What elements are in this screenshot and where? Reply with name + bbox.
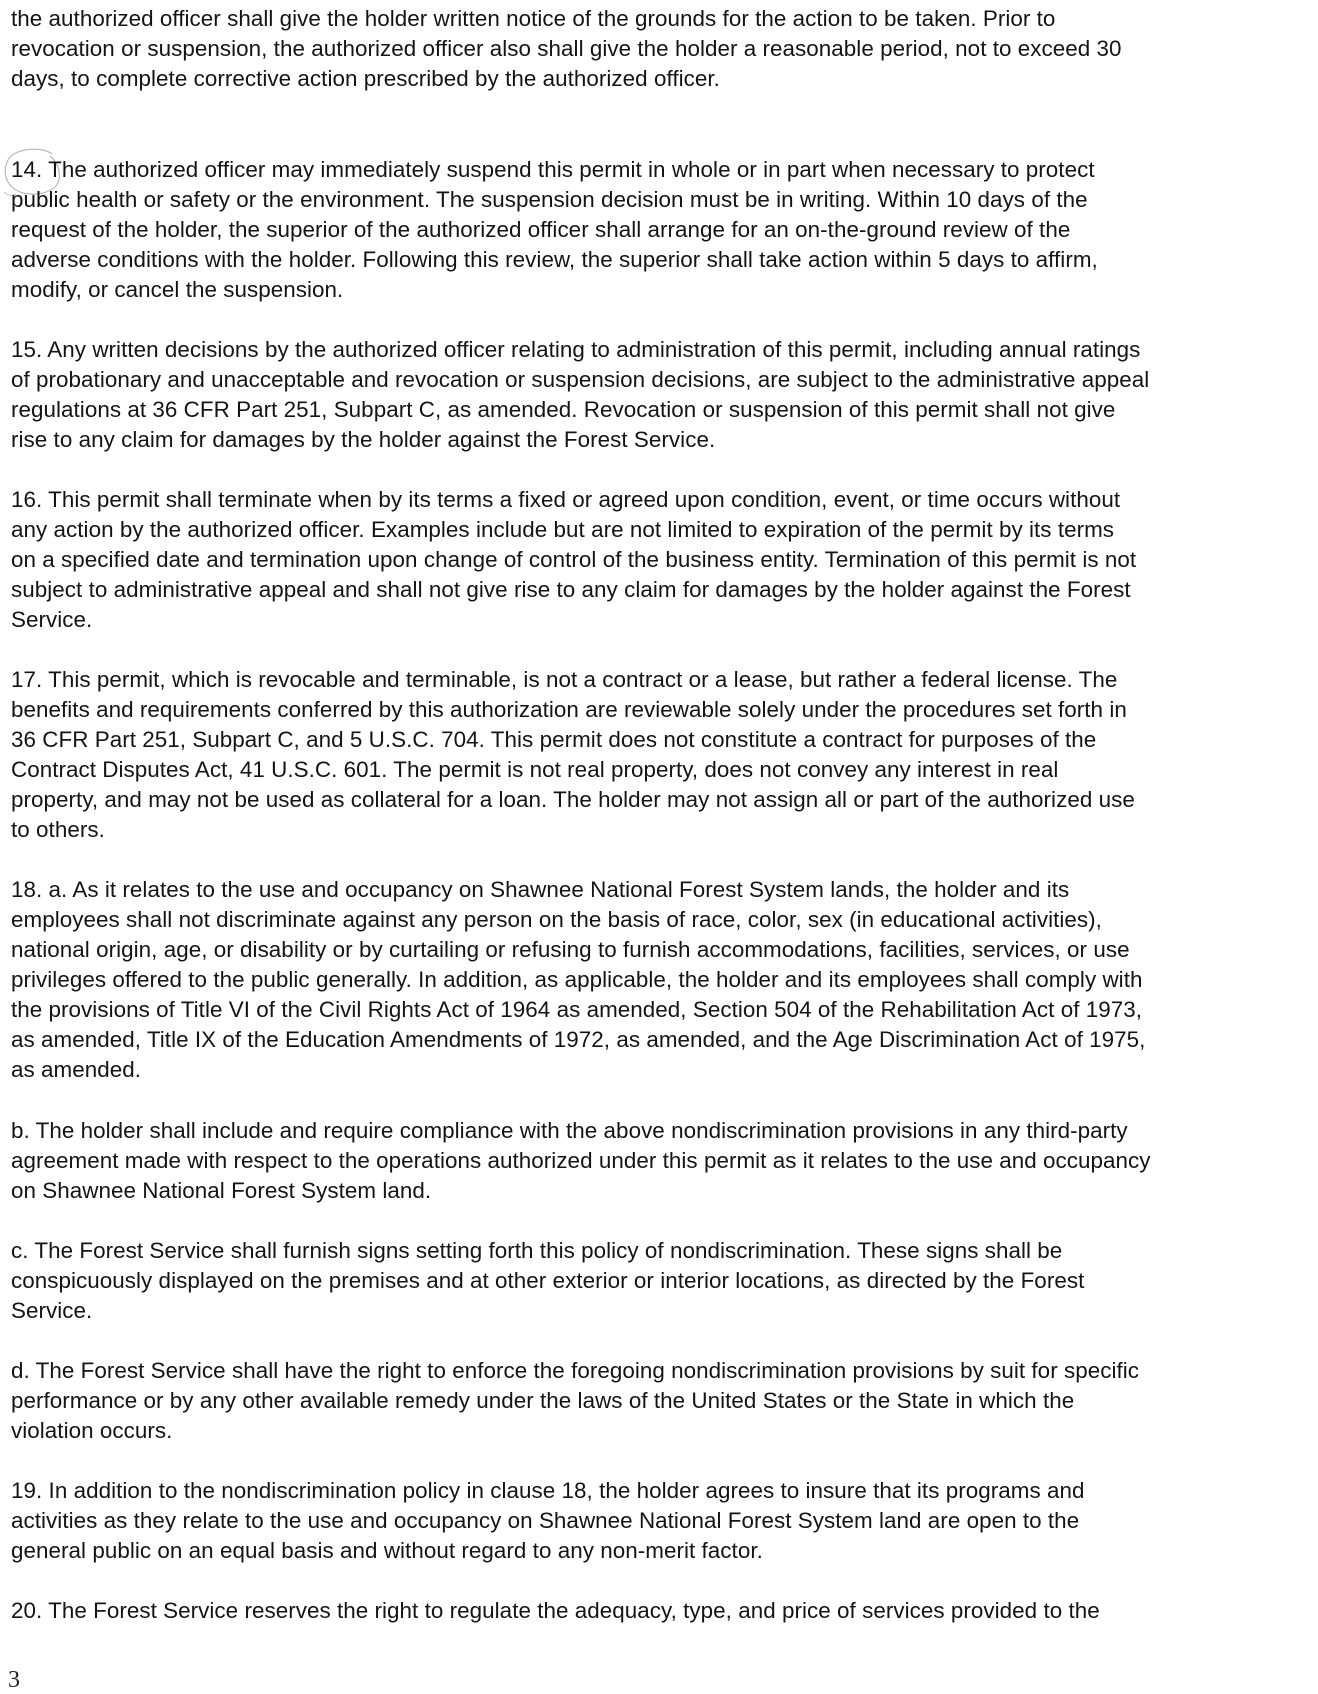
text-line: property, and may not be used as collate… (11, 785, 1318, 815)
text-line: b. The holder shall include and require … (11, 1116, 1318, 1146)
paragraph-18d: d. The Forest Service shall have the rig… (11, 1356, 1318, 1446)
text-line: the provisions of Title VI of the Civil … (11, 995, 1318, 1025)
text-line: on a specified date and termination upon… (11, 545, 1318, 575)
text-line: general public on an equal basis and wit… (11, 1536, 1318, 1566)
text-line: as amended, Title IX of the Education Am… (11, 1025, 1318, 1055)
text-line: of probationary and unacceptable and rev… (11, 365, 1318, 395)
text-line: public health or safety or the environme… (11, 185, 1318, 215)
text-line: Contract Disputes Act, 41 U.S.C. 601. Th… (11, 755, 1318, 785)
page-number: 3 (8, 1666, 20, 1694)
text-line: 15. Any written decisions by the authori… (11, 335, 1318, 365)
text-line: any action by the authorized officer. Ex… (11, 515, 1318, 545)
paragraph-15: 15. Any written decisions by the authori… (11, 335, 1318, 455)
text-line: rise to any claim for damages by the hol… (11, 425, 1318, 455)
text-line: 36 CFR Part 251, Subpart C, and 5 U.S.C.… (11, 725, 1318, 755)
text-line: d. The Forest Service shall have the rig… (11, 1356, 1318, 1386)
text-line: agreement made with respect to the opera… (11, 1146, 1318, 1176)
text-line: Service. (11, 605, 1318, 635)
text-line: 19. In addition to the nondiscrimination… (11, 1476, 1318, 1506)
text-line: benefits and requirements conferred by t… (11, 695, 1318, 725)
paragraph-18a: 18. a. As it relates to the use and occu… (11, 875, 1318, 1085)
paragraph-20: 20. The Forest Service reserves the righ… (11, 1596, 1318, 1626)
text-line: Service. (11, 1296, 1318, 1326)
text-line: c. The Forest Service shall furnish sign… (11, 1236, 1318, 1266)
text-line: revocation or suspension, the authorized… (11, 34, 1318, 64)
text-line: 20. The Forest Service reserves the righ… (11, 1596, 1318, 1626)
text-line: violation occurs. (11, 1416, 1318, 1446)
text-line: to others. (11, 815, 1318, 845)
text-line: employees shall not discriminate against… (11, 905, 1318, 935)
paragraph-17: 17. This permit, which is revocable and … (11, 665, 1318, 845)
text-line: adverse conditions with the holder. Foll… (11, 245, 1318, 275)
text-line: as amended. (11, 1055, 1318, 1085)
paragraph-13-continuation: the authorized officer shall give the ho… (11, 4, 1318, 94)
text-line: 14. The authorized officer may immediate… (11, 155, 1318, 185)
text-line: national origin, age, or disability or b… (11, 935, 1318, 965)
text-line: 16. This permit shall terminate when by … (11, 485, 1318, 515)
text-line: performance or by any other available re… (11, 1386, 1318, 1416)
text-line: 17. This permit, which is revocable and … (11, 665, 1318, 695)
paragraph-18c: c. The Forest Service shall furnish sign… (11, 1236, 1318, 1326)
text-line: the authorized officer shall give the ho… (11, 4, 1318, 34)
text-line: on Shawnee National Forest System land. (11, 1176, 1318, 1206)
paragraph-18b: b. The holder shall include and require … (11, 1116, 1318, 1206)
text-line: 18. a. As it relates to the use and occu… (11, 875, 1318, 905)
text-line: privileges offered to the public general… (11, 965, 1318, 995)
text-line: subject to administrative appeal and sha… (11, 575, 1318, 605)
paragraph-19: 19. In addition to the nondiscrimination… (11, 1476, 1318, 1566)
text-line: modify, or cancel the suspension. (11, 275, 1318, 305)
document-page: the authorized officer shall give the ho… (0, 0, 1318, 1694)
paragraph-16: 16. This permit shall terminate when by … (11, 485, 1318, 635)
text-line: activities as they relate to the use and… (11, 1506, 1318, 1536)
text-line: request of the holder, the superior of t… (11, 215, 1318, 245)
paragraph-14: 14. The authorized officer may immediate… (11, 155, 1318, 305)
text-line: regulations at 36 CFR Part 251, Subpart … (11, 395, 1318, 425)
text-line: conspicuously displayed on the premises … (11, 1266, 1318, 1296)
text-line: days, to complete corrective action pres… (11, 64, 1318, 94)
